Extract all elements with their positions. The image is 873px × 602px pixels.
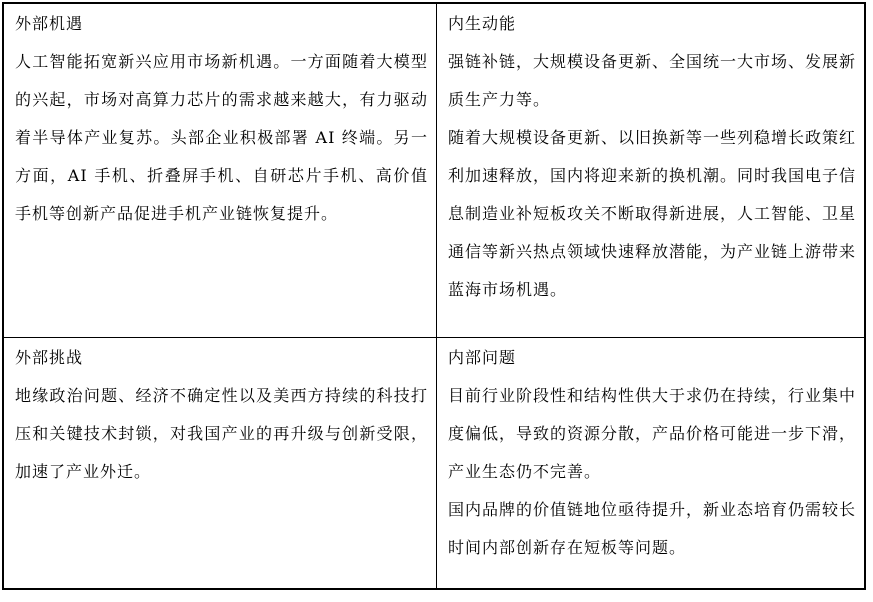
cell-paragraph: 地缘政治问题、经济不确定性以及美西方持续的科技打压和关键技术封锁，对我国产业的再… bbox=[15, 377, 428, 491]
cell-paragraph: 强链补链，大规模设备更新、全国统一大市场、发展新质生产力等。 bbox=[448, 43, 856, 119]
page: 外部机遇 人工智能拓宽新兴应用市场新机遇。一方面随着大模型的兴起，市场对高算力芯… bbox=[0, 0, 873, 602]
cell-internal-problems: 内部问题 目前行业阶段性和结构性供大于求仍在持续，行业集中度偏低，导致的资源分散… bbox=[437, 338, 864, 588]
cell-title-internal-problems: 内部问题 bbox=[448, 339, 856, 377]
cell-title-external-challenges: 外部挑战 bbox=[15, 339, 428, 377]
cell-title-external-opportunities: 外部机遇 bbox=[15, 5, 428, 43]
cell-paragraph: 人工智能拓宽新兴应用市场新机遇。一方面随着大模型的兴起，市场对高算力芯片的需求越… bbox=[15, 43, 428, 233]
cell-title-endogenous-momentum: 内生动能 bbox=[448, 5, 856, 43]
cell-paragraph: 随着大规模设备更新、以旧换新等一些列稳增长政策红利加速释放，国内将迎来新的换机潮… bbox=[448, 119, 856, 309]
swot-table: 外部机遇 人工智能拓宽新兴应用市场新机遇。一方面随着大模型的兴起，市场对高算力芯… bbox=[2, 2, 866, 590]
cell-endogenous-momentum: 内生动能 强链补链，大规模设备更新、全国统一大市场、发展新质生产力等。 随着大规… bbox=[437, 4, 864, 338]
cell-external-opportunities: 外部机遇 人工智能拓宽新兴应用市场新机遇。一方面随着大模型的兴起，市场对高算力芯… bbox=[4, 4, 437, 338]
cell-paragraph: 目前行业阶段性和结构性供大于求仍在持续，行业集中度偏低，导致的资源分散，产品价格… bbox=[448, 377, 856, 491]
cell-paragraph: 国内品牌的价值链地位亟待提升，新业态培育仍需较长时间内部创新存在短板等问题。 bbox=[448, 491, 856, 567]
cell-external-challenges: 外部挑战 地缘政治问题、经济不确定性以及美西方持续的科技打压和关键技术封锁，对我… bbox=[4, 338, 437, 588]
